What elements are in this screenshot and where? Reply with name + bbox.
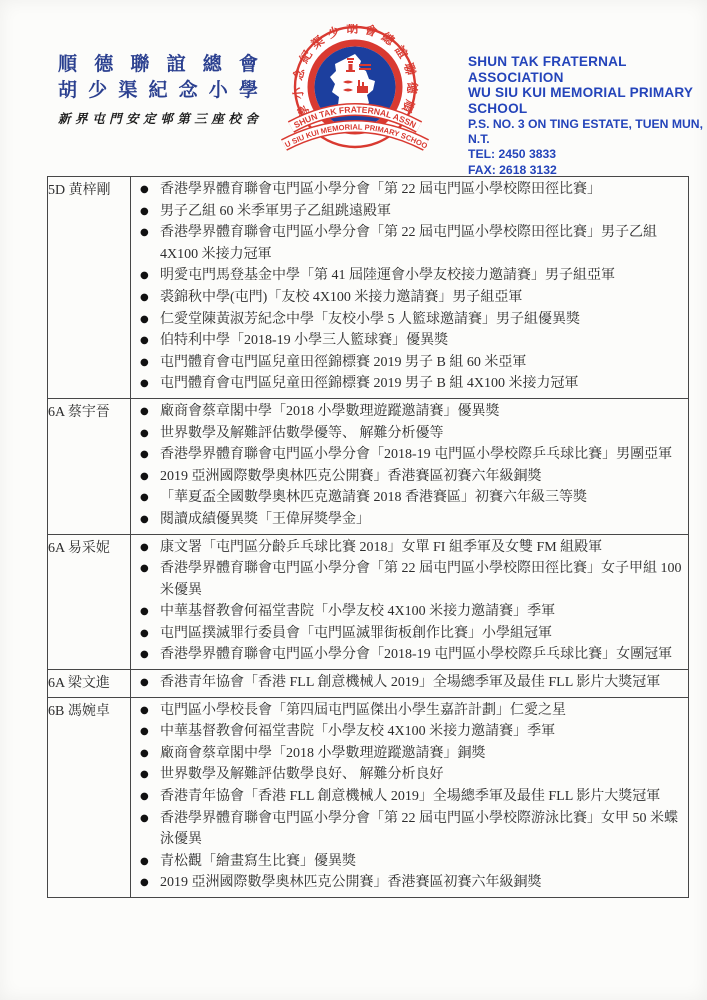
school-name-en-line1: SHUN TAK FRATERNAL ASSOCIATION bbox=[468, 54, 707, 85]
award-item: ●廠商會蔡章閣中學「2018 小學數理遊蹤邀請賽」銅獎 bbox=[131, 743, 688, 765]
awards-table: 5D 黄梓剛 ●香港學界體育聯會屯門區小學分會「第 22 屆屯門區小學校際田徑比… bbox=[47, 176, 689, 898]
award-text: 仁愛堂陳黃淑芳紀念中學「友校小學 5 人籃球邀請賽」男子組優異獎 bbox=[160, 309, 688, 331]
award-item: ●青松觀「繪畫寫生比賽」優異獎 bbox=[131, 851, 688, 873]
award-text: 香港學界體育聯會屯門區小學分會「第 22 屆屯門區小學校際游泳比賽」女甲 50 … bbox=[160, 808, 688, 851]
school-name-en-line2: WU SIU KUI MEMORIAL PRIMARY SCHOOL bbox=[468, 85, 707, 116]
table-row: 5D 黄梓剛 ●香港學界體育聯會屯門區小學分會「第 22 屆屯門區小學校際田徑比… bbox=[48, 177, 689, 399]
award-text: 香港學界體育聯會屯門區小學分會「第 22 屆屯門區小學校際田徑比賽」男子乙組 4… bbox=[160, 222, 688, 265]
award-text: 世界數學及解難評估數學良好、 解難分析良好 bbox=[160, 764, 688, 786]
award-text: 香港青年協會「香港 FLL 創意機械人 2019」全場總季軍及最佳 FLL 影片… bbox=[160, 786, 688, 808]
award-text: 康文署「屯門區分齡乒乓球比賽 2018」女單 FI 組季軍及女雙 FM 組殿軍 bbox=[160, 537, 688, 559]
bullet-icon: ● bbox=[140, 743, 160, 765]
award-item: ●屯門體育會屯門區兒童田徑錦標賽 2019 男子 B 組 60 米亞軍 bbox=[131, 352, 688, 374]
table-row: 6A 易采妮 ●康文署「屯門區分齡乒乓球比賽 2018」女單 FI 組季軍及女雙… bbox=[48, 534, 689, 670]
bullet-icon: ● bbox=[140, 265, 160, 287]
bullet-icon: ● bbox=[140, 509, 160, 531]
bullet-icon: ● bbox=[140, 558, 160, 601]
award-item: ●屯門體育會屯門區兒童田徑錦標賽 2019 男子 B 組 4X100 米接力冠軍 bbox=[131, 373, 688, 395]
award-text: 裘錦秋中學(屯門)「友校 4X100 米接力邀請賽」男子組亞軍 bbox=[160, 287, 688, 309]
award-text: 香港學界體育聯會屯門區小學分會「2018-19 屯門區小學校際乒乓球比賽」男團亞… bbox=[160, 444, 688, 466]
award-text: 男子乙組 60 米季軍男子乙組跳遠殿軍 bbox=[160, 201, 688, 223]
school-name-zh-line1: 順德聯誼總會 bbox=[58, 52, 258, 78]
award-text: 世界數學及解難評估數學優等、 解難分析優等 bbox=[160, 423, 688, 445]
award-text: 閱讀成績優異獎「王偉屏獎學金」 bbox=[160, 509, 688, 531]
award-item: ●廠商會蔡章閣中學「2018 小學數理遊蹤邀請賽」優異獎 bbox=[131, 401, 688, 423]
bullet-icon: ● bbox=[140, 309, 160, 331]
bullet-icon: ● bbox=[140, 851, 160, 873]
award-item: ●世界數學及解難評估數學優等、 解難分析優等 bbox=[131, 423, 688, 445]
awards-cell: ●香港學界體育聯會屯門區小學分會「第 22 屆屯門區小學校際田徑比賽」●男子乙組… bbox=[131, 177, 689, 399]
awards-cell: ●香港青年協會「香港 FLL 創意機械人 2019」全場總季軍及最佳 FLL 影… bbox=[131, 670, 689, 698]
award-text: 屯門體育會屯門區兒童田徑錦標賽 2019 男子 B 組 4X100 米接力冠軍 bbox=[160, 373, 688, 395]
award-item: ●中華基督教會何福堂書院「小學友校 4X100 米接力邀請賽」季軍 bbox=[131, 721, 688, 743]
table-row: 6A 蔡宇晉 ●廠商會蔡章閣中學「2018 小學數理遊蹤邀請賽」優異獎●世界數學… bbox=[48, 398, 689, 534]
awards-cell: ●廠商會蔡章閣中學「2018 小學數理遊蹤邀請賽」優異獎●世界數學及解難評估數學… bbox=[131, 398, 689, 534]
bullet-icon: ● bbox=[140, 287, 160, 309]
student-cell: 6A 梁文進 bbox=[48, 670, 131, 698]
award-item: ●男子乙組 60 米季軍男子乙組跳遠殿軍 bbox=[131, 201, 688, 223]
bullet-icon: ● bbox=[140, 537, 160, 559]
student-cell: 6A 易采妮 bbox=[48, 534, 131, 670]
award-item: ●屯門區小學校長會「第四屆屯門區傑出小學生嘉許計劃」仁愛之星 bbox=[131, 700, 688, 722]
bullet-icon: ● bbox=[140, 444, 160, 466]
school-address-en: P.S. NO. 3 ON TING ESTATE, TUEN MUN, N.T… bbox=[468, 117, 707, 146]
award-item: ●2019 亞洲國際數學奧林匹克公開賽」香港賽區初賽六年級銅獎 bbox=[131, 466, 688, 488]
award-item: ●仁愛堂陳黃淑芳紀念中學「友校小學 5 人籃球邀請賽」男子組優異獎 bbox=[131, 309, 688, 331]
bullet-icon: ● bbox=[140, 644, 160, 666]
bullet-icon: ● bbox=[140, 201, 160, 223]
award-list: ●屯門區小學校長會「第四屆屯門區傑出小學生嘉許計劃」仁愛之星●中華基督教會何福堂… bbox=[131, 700, 688, 894]
award-text: 2019 亞洲國際數學奧林匹克公開賽」香港賽區初賽六年級銅獎 bbox=[160, 466, 688, 488]
award-text: 廠商會蔡章閣中學「2018 小學數理遊蹤邀請賽」優異獎 bbox=[160, 401, 688, 423]
award-text: 伯特利中學「2018-19 小學三人籃球賽」優異獎 bbox=[160, 330, 688, 352]
school-tel: TEL: 2450 3833 bbox=[468, 147, 707, 162]
student-cell: 6A 蔡宇晉 bbox=[48, 398, 131, 534]
award-text: 廠商會蔡章閣中學「2018 小學數理遊蹤邀請賽」銅獎 bbox=[160, 743, 688, 765]
award-item: ●屯門區撲滅罪行委員會「屯門區滅罪街板創作比賽」小學組冠軍 bbox=[131, 623, 688, 645]
school-name-english: SHUN TAK FRATERNAL ASSOCIATION WU SIU KU… bbox=[468, 54, 707, 177]
award-text: 「華夏盃全國數學奧林匹克邀請賽 2018 香港賽區」初賽六年級三等獎 bbox=[160, 487, 688, 509]
bullet-icon: ● bbox=[140, 352, 160, 374]
award-item: ●2019 亞洲國際數學奧林匹克公開賽」香港賽區初賽六年級銅獎 bbox=[131, 872, 688, 894]
award-text: 明愛屯門馬登基金中學「第 41 屆陸運會小學友校接力邀請賽」男子組亞軍 bbox=[160, 265, 688, 287]
award-item: ●香港學界體育聯會屯門區小學分會「第 22 屆屯門區小學校際田徑比賽」女子甲組 … bbox=[131, 558, 688, 601]
award-text: 香港學界體育聯會屯門區小學分會「2018-19 屯門區小學校際乒乓球比賽」女團冠… bbox=[160, 644, 688, 666]
award-item: ●中華基督教會何福堂書院「小學友校 4X100 米接力邀請賽」季軍 bbox=[131, 601, 688, 623]
award-item: ●香港學界體育聯會屯門區小學分會「第 22 屆屯門區小學校際田徑比賽」男子乙組 … bbox=[131, 222, 688, 265]
bullet-icon: ● bbox=[140, 423, 160, 445]
bullet-icon: ● bbox=[140, 872, 160, 894]
bullet-icon: ● bbox=[140, 808, 160, 851]
document-page: 順德聯誼總會 胡少渠紀念小學 新界屯門安定邨第三座校舍 bbox=[0, 0, 707, 1000]
awards-cell: ●康文署「屯門區分齡乒乓球比賽 2018」女單 FI 組季軍及女雙 FM 組殿軍… bbox=[131, 534, 689, 670]
award-item: ●世界數學及解難評估數學良好、 解難分析良好 bbox=[131, 764, 688, 786]
school-name-zh-line2: 胡少渠紀念小學 bbox=[58, 78, 258, 104]
award-list: ●香港青年協會「香港 FLL 創意機械人 2019」全場總季軍及最佳 FLL 影… bbox=[131, 672, 688, 694]
bullet-icon: ● bbox=[140, 786, 160, 808]
bullet-icon: ● bbox=[140, 222, 160, 265]
bullet-icon: ● bbox=[140, 672, 160, 694]
award-text: 香港青年協會「香港 FLL 創意機械人 2019」全場總季軍及最佳 FLL 影片… bbox=[160, 672, 688, 694]
award-item: ●閱讀成績優異獎「王偉屏獎學金」 bbox=[131, 509, 688, 531]
bullet-icon: ● bbox=[140, 700, 160, 722]
award-item: ●裘錦秋中學(屯門)「友校 4X100 米接力邀請賽」男子組亞軍 bbox=[131, 287, 688, 309]
awards-cell: ●屯門區小學校長會「第四屆屯門區傑出小學生嘉許計劃」仁愛之星●中華基督教會何福堂… bbox=[131, 697, 689, 897]
table-row: 6A 梁文進 ●香港青年協會「香港 FLL 創意機械人 2019」全場總季軍及最… bbox=[48, 670, 689, 698]
bullet-icon: ● bbox=[140, 401, 160, 423]
awards-table-body: 5D 黄梓剛 ●香港學界體育聯會屯門區小學分會「第 22 屆屯門區小學校際田徑比… bbox=[48, 177, 689, 898]
award-item: ●香港學界體育聯會屯門區小學分會「第 22 屆屯門區小學校際游泳比賽」女甲 50… bbox=[131, 808, 688, 851]
bullet-icon: ● bbox=[140, 764, 160, 786]
award-item: ●康文署「屯門區分齡乒乓球比賽 2018」女單 FI 組季軍及女雙 FM 組殿軍 bbox=[131, 537, 688, 559]
student-cell: 6B 馮婉卓 bbox=[48, 697, 131, 897]
award-item: ●明愛屯門馬登基金中學「第 41 屆陸運會小學友校接力邀請賽」男子組亞軍 bbox=[131, 265, 688, 287]
award-item: ●香港青年協會「香港 FLL 創意機械人 2019」全場總季軍及最佳 FLL 影… bbox=[131, 786, 688, 808]
school-address-zh: 新界屯門安定邨第三座校舍 bbox=[58, 109, 258, 127]
award-item: ●「華夏盃全國數學奧林匹克邀請賽 2018 香港賽區」初賽六年級三等獎 bbox=[131, 487, 688, 509]
award-list: ●香港學界體育聯會屯門區小學分會「第 22 屆屯門區小學校際田徑比賽」●男子乙組… bbox=[131, 179, 688, 395]
award-item: ●伯特利中學「2018-19 小學三人籃球賽」優異獎 bbox=[131, 330, 688, 352]
award-text: 屯門區小學校長會「第四屆屯門區傑出小學生嘉許計劃」仁愛之星 bbox=[160, 700, 688, 722]
award-text: 中華基督教會何福堂書院「小學友校 4X100 米接力邀請賽」季軍 bbox=[160, 721, 688, 743]
award-list: ●廠商會蔡章閣中學「2018 小學數理遊蹤邀請賽」優異獎●世界數學及解難評估數學… bbox=[131, 401, 688, 531]
award-text: 屯門區撲滅罪行委員會「屯門區滅罪街板創作比賽」小學組冠軍 bbox=[160, 623, 688, 645]
award-text: 青松觀「繪畫寫生比賽」優異獎 bbox=[160, 851, 688, 873]
bullet-icon: ● bbox=[140, 330, 160, 352]
bullet-icon: ● bbox=[140, 623, 160, 645]
school-badge-icon: 學小念紀渠少胡會總誼聯德順 SHUN TAK FRATERNAL ASSN WU… bbox=[281, 24, 429, 164]
award-item: ●香港學界體育聯會屯門區小學分會「2018-19 屯門區小學校際乒乓球比賽」男團… bbox=[131, 444, 688, 466]
bullet-icon: ● bbox=[140, 721, 160, 743]
award-text: 屯門體育會屯門區兒童田徑錦標賽 2019 男子 B 組 60 米亞軍 bbox=[160, 352, 688, 374]
bullet-icon: ● bbox=[140, 601, 160, 623]
bullet-icon: ● bbox=[140, 487, 160, 509]
award-item: ●香港學界體育聯會屯門區小學分會「第 22 屆屯門區小學校際田徑比賽」 bbox=[131, 179, 688, 201]
bullet-icon: ● bbox=[140, 373, 160, 395]
school-name-chinese: 順德聯誼總會 胡少渠紀念小學 新界屯門安定邨第三座校舍 bbox=[58, 52, 258, 127]
school-fax: FAX: 2618 3132 bbox=[468, 163, 707, 178]
award-text: 中華基督教會何福堂書院「小學友校 4X100 米接力邀請賽」季軍 bbox=[160, 601, 688, 623]
bullet-icon: ● bbox=[140, 466, 160, 488]
award-item: ●香港青年協會「香港 FLL 創意機械人 2019」全場總季軍及最佳 FLL 影… bbox=[131, 672, 688, 694]
award-list: ●康文署「屯門區分齡乒乓球比賽 2018」女單 FI 組季軍及女雙 FM 組殿軍… bbox=[131, 537, 688, 667]
table-row: 6B 馮婉卓 ●屯門區小學校長會「第四屆屯門區傑出小學生嘉許計劃」仁愛之星●中華… bbox=[48, 697, 689, 897]
award-text: 2019 亞洲國際數學奧林匹克公開賽」香港賽區初賽六年級銅獎 bbox=[160, 872, 688, 894]
award-text: 香港學界體育聯會屯門區小學分會「第 22 屆屯門區小學校際田徑比賽」 bbox=[160, 179, 688, 201]
student-cell: 5D 黄梓剛 bbox=[48, 177, 131, 399]
school-badge-logo: 學小念紀渠少胡會總誼聯德順 SHUN TAK FRATERNAL ASSN WU… bbox=[281, 24, 429, 164]
award-text: 香港學界體育聯會屯門區小學分會「第 22 屆屯門區小學校際田徑比賽」女子甲組 1… bbox=[160, 558, 688, 601]
award-item: ●香港學界體育聯會屯門區小學分會「2018-19 屯門區小學校際乒乓球比賽」女團… bbox=[131, 644, 688, 666]
bullet-icon: ● bbox=[140, 179, 160, 201]
